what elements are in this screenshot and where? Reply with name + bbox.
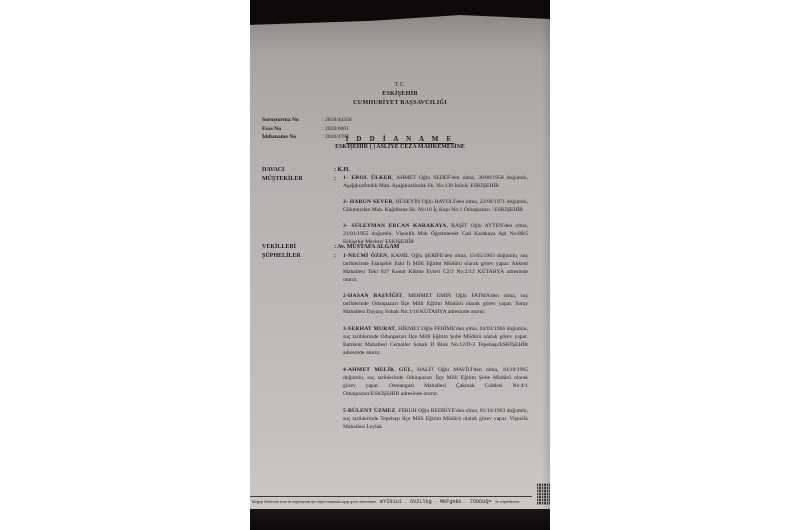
suspect-name: 4-AHMET MELİK GÜL: [343, 367, 412, 373]
document-photo: T.C. ESKİŞEHİR CUMHURİYET BAŞSAVCILIĞI S…: [250, 0, 550, 530]
footer-suffix: ile erişebilirsiniz.: [496, 500, 521, 504]
verification-footer: Belgeyi Elektronik imza ile doğrulamak i…: [252, 499, 534, 505]
attorney-value: : Av. MUSTAFA ALGAM: [334, 244, 399, 250]
document-title-text: İ D D İ A N A M E: [346, 135, 455, 144]
footer-prefix: Belgeyi Elektronik imza ile doğrulamak i…: [252, 500, 376, 504]
ref-value: : 2020/6601: [322, 125, 349, 134]
verification-code: mYI01u1: [380, 499, 402, 505]
attorneys-label: VEKİLLERİ: [262, 244, 296, 250]
ref-row: Esas No : 2020/6601: [262, 125, 352, 134]
suspects-colon: :: [334, 253, 336, 259]
complainant-name: 3- SÜLEYMAN ERCAN KARAKAYA: [343, 223, 446, 229]
verification-code: MKFgeBs: [440, 499, 462, 505]
suspect-entry: 4-AHMET MELİK GÜL, HALİT Oğlu MAVİLİ'den…: [343, 367, 528, 399]
suspect-name: 3-SERHAT MURAT: [343, 326, 395, 332]
suspect-name: 1-NECMİ ÖZEN: [343, 253, 387, 259]
complainants-label: MÜŞTEKİLER: [262, 176, 303, 182]
plaintiff-label: DAVACI: [262, 167, 284, 173]
plaintiff-value: : K.H.: [334, 167, 350, 173]
ref-label: Esas No: [262, 125, 322, 134]
header-office: CUMHURİYET BAŞSAVCILIĞI: [250, 99, 550, 106]
qr-code-icon: [537, 483, 550, 505]
complainant-entry: 1- EROL ÜLKER, AHMET Oğlu SEDEF'den olma…: [343, 175, 528, 191]
suspect-entry: 3-SERHAT MURAT, HİKMET Oğlu FEHİME'den o…: [343, 326, 528, 358]
complainants-colon: :: [334, 176, 336, 182]
suspect-name: 5-BÜLENT ÜZMEZ: [343, 408, 395, 414]
suspect-entry: 2-HASAN BAŞYİĞİT, MEHMET EMİN Oğlu FATMA…: [343, 293, 528, 317]
footer-divider: [250, 496, 532, 497]
suspect-entry: 5-BÜLENT ÜZMEZ, FERUH Oğlu BEDRİYE'den o…: [343, 408, 528, 432]
header-tc: T.C.: [250, 81, 550, 88]
complainant-name: 1- EROL ÜLKER: [343, 175, 392, 181]
suspect-entry: 1-NECMİ ÖZEN, KAMİL Oğlu ŞERİFE'den olma…: [343, 253, 528, 285]
document-title: İ D D İ A N A M E: [250, 135, 550, 143]
suspects-label: ŞÜPHELİLER: [262, 253, 301, 259]
photo-background-bottom: [250, 509, 550, 530]
ref-label: Soruşturma No: [262, 116, 322, 125]
verification-code: 7ODDUQ=: [470, 499, 492, 505]
header-city: ESKİŞEHİR: [250, 90, 550, 97]
verification-code: 6V2Llbg: [410, 499, 432, 505]
code-separator: -: [435, 500, 436, 504]
code-separator: -: [405, 500, 406, 504]
complainant-entry: 2- HARUN SEVER, HÜSEYİN Oğlu HAVULİ'den …: [343, 199, 528, 215]
complainant-name: 2- HARUN SEVER: [343, 199, 393, 205]
document-page: T.C. ESKİŞEHİR CUMHURİYET BAŞSAVCILIĞI S…: [250, 15, 550, 509]
suspect-name: 2-HASAN BAŞYİĞİT: [343, 293, 402, 299]
ref-value: : 2018/44358: [322, 116, 352, 125]
code-separator: -: [465, 500, 466, 504]
ref-row: Soruşturma No : 2018/44358: [262, 116, 352, 125]
court-name: ESKİŞEHİR ( ) ASLİYE CEZA MAHKEMESİNE: [250, 144, 550, 150]
